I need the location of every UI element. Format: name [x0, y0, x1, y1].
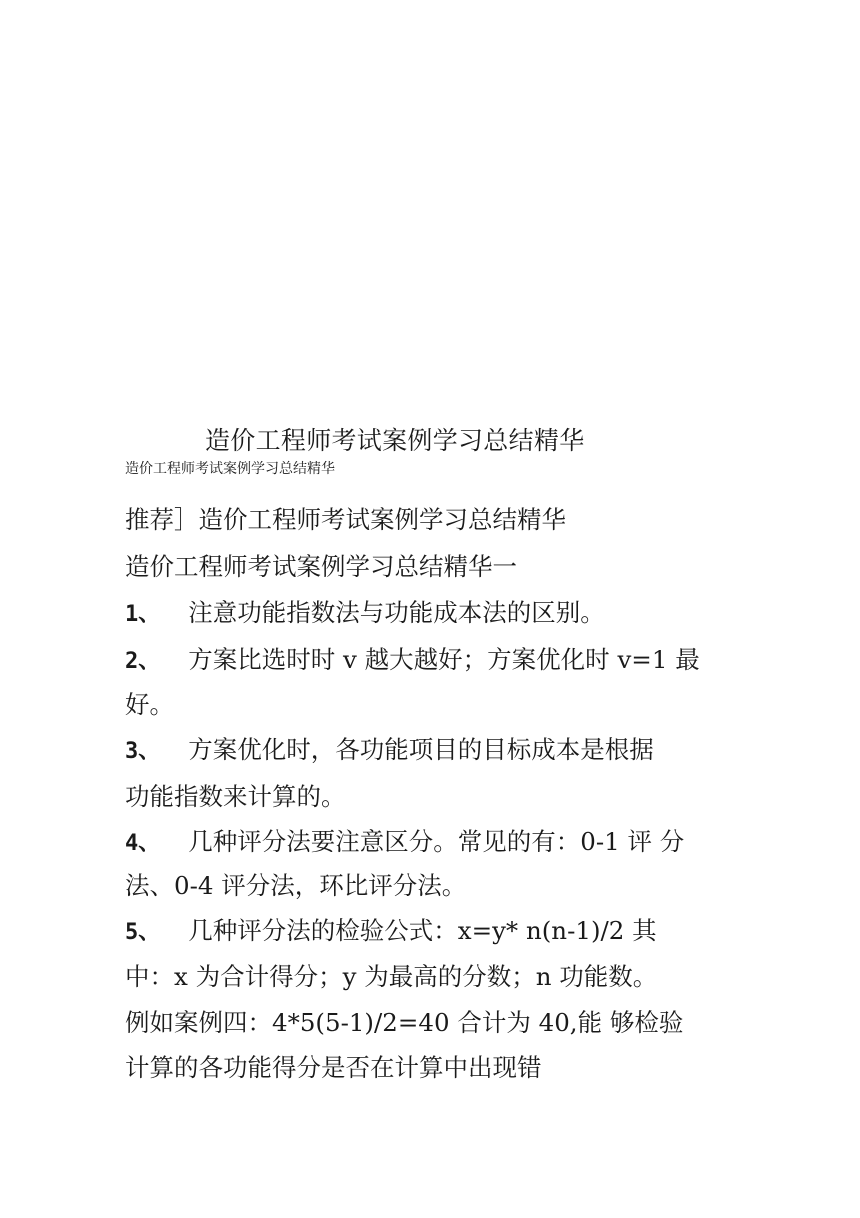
list-item-5-continued-1: 中：x 为合计得分；y 为最高的分数；n 功能数。 [125, 960, 657, 994]
item-text: 注意功能指数法与功能成本法的区别。 [188, 598, 605, 627]
document-subtitle: 造价工程师考试案例学习总结精华 [125, 459, 335, 479]
item-number: 2、 [125, 649, 160, 674]
list-item-5-continued-2: 例如案例四：4*5(5-1)/2=40 合计为 40,能 够检验 [125, 1006, 683, 1040]
list-item-3: 3、方案优化时，各功能项目的目标成本是根据 [125, 733, 654, 769]
item-text: 方案优化时，各功能项目的目标成本是根据 [188, 735, 654, 764]
list-item-5: 5、几种评分法的检验公式：x=y* n(n-1)/2 其 [125, 914, 657, 950]
item-number: 5、 [125, 920, 160, 945]
item-text: 几种评分法的检验公式：x=y* n(n-1)/2 其 [188, 916, 656, 945]
item-number: 1、 [125, 602, 160, 627]
item-number: 3、 [125, 739, 160, 764]
document-title: 造价工程师考试案例学习总结精华 [205, 423, 585, 459]
item-text: 方案比选时时 v 越大越好；方案优化时 v=1 最 [188, 645, 699, 674]
list-item-4-continued: 法、0-4 评分法，环比评分法。 [125, 869, 466, 903]
list-item-2: 2、方案比选时时 v 越大越好；方案优化时 v=1 最 [125, 643, 700, 679]
list-item-2-continued: 好。 [125, 688, 174, 722]
section-heading: 造价工程师考试案例学习总结精华一 [125, 550, 517, 584]
item-text: 几种评分法要注意区分。常见的有：0-1 评 分 [188, 827, 684, 856]
recommend-heading: 推荐］造价工程师考试案例学习总结精华 [125, 503, 566, 537]
item-number: 4、 [125, 831, 160, 856]
list-item-3-continued: 功能指数来计算的。 [125, 780, 346, 814]
list-item-5-continued-3: 计算的各功能得分是否在计算中出现错 [125, 1051, 542, 1085]
list-item-1: 1、注意功能指数法与功能成本法的区别。 [125, 596, 605, 632]
list-item-4: 4、几种评分法要注意区分。常见的有：0-1 评 分 [125, 825, 684, 861]
document-page: 造价工程师考试案例学习总结精华 造价工程师考试案例学习总结精华 推荐］造价工程师… [0, 0, 860, 1218]
